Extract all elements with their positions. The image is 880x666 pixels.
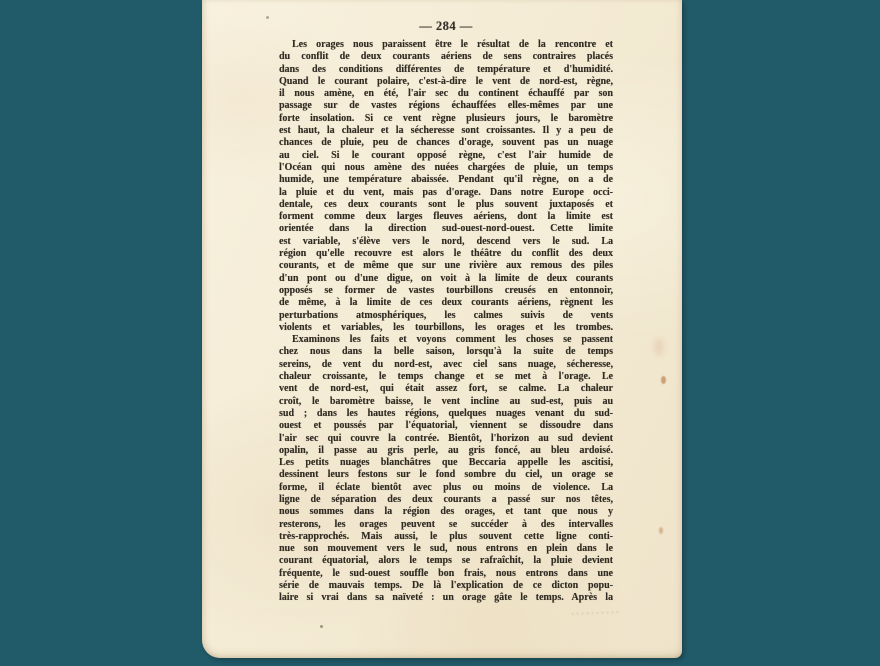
text-line: Quand le courant polaire, c'est-à-dire l… [279, 76, 613, 88]
text-line: région qu'elle recouvre est alors le thé… [279, 248, 613, 260]
body-text: Les orages nous paraissent être le résul… [279, 39, 613, 605]
text-line: Les petits nuages blanchâtres que Beccar… [279, 457, 613, 469]
text-line: opalin, il passe au gris perle, au gris … [279, 445, 613, 457]
page-number: — 284 — [275, 19, 617, 34]
text-line: dans des conditions différentes de tempé… [279, 64, 613, 76]
text-line: orientée dans la direction sud-ouest-nor… [279, 223, 613, 235]
text-line: forte insolation. Si ce vent règne plusi… [279, 113, 613, 125]
text-line: il nous amène, en été, l'air sec du cont… [279, 88, 613, 100]
text-line: forment comme deux larges fleuves aérien… [279, 211, 613, 223]
text-line: forme, il éclate bientôt avec plus ou mo… [279, 482, 613, 494]
text-line: opposés se former de vastes tourbillons … [279, 285, 613, 297]
text-line: série de mauvais temps. De là l'explicat… [279, 580, 613, 592]
text-line: très-rapprochés. Mais aussi, le plus sou… [279, 531, 613, 543]
text-line: violents et variables, les tourbillons, … [279, 322, 613, 334]
text-line: ouest et poussés par l'équatorial, vienn… [279, 420, 613, 432]
text-line: perturbations atmosphériques, les calmes… [279, 310, 613, 322]
text-line: resterons, les orages peuvent se succéde… [279, 519, 613, 531]
text-line: vent de nord-est, qui était assez fort, … [279, 383, 613, 395]
book-page: — 284 — Les orages nous paraissent être … [202, 0, 682, 658]
text-line: croît, le baromètre baisse, le vent incl… [279, 396, 613, 408]
text-line: Examinons les faits et voyons comment le… [279, 334, 613, 346]
text-line: est variable, s'élève vers le nord, desc… [279, 236, 613, 248]
text-line: d'un pont ou d'une digue, on voit à la l… [279, 273, 613, 285]
text-line: la pluie et du vent, mais pas d'orage. D… [279, 187, 613, 199]
scan-background: — 284 — Les orages nous paraissent être … [0, 0, 880, 666]
text-line: nue son mouvement vers le sud, nous entr… [279, 543, 613, 555]
text-line: au ciel. Si le courant opposé règne, c'e… [279, 150, 613, 162]
text-line: courant équatorial, alors le temps se ra… [279, 555, 613, 567]
foxing-smudge [654, 338, 664, 356]
text-line: chaleur croissante, le temps change et s… [279, 371, 613, 383]
text-line: ligne de séparation des deux courants a … [279, 494, 613, 506]
text-line: nous sommes dans la région des orages, e… [279, 506, 613, 518]
text-line: humide, une température abaissée. Pendan… [279, 174, 613, 186]
text-line: Les orages nous paraissent être le résul… [279, 39, 613, 51]
text-line: dentale, ces deux courants sont le plus … [279, 199, 613, 211]
foxing-spot [661, 376, 666, 384]
text-line: dessinent leurs festons sur le fond somb… [279, 469, 613, 481]
text-line: l'air sec qui couvre la contrée. Bientôt… [279, 433, 613, 445]
text-line: fréquente, le sud-ouest souffle bon frai… [279, 568, 613, 580]
text-line: de même, à la limite de ces deux courant… [279, 297, 613, 309]
text-line: passage sur de vastes régions échauffées… [279, 100, 613, 112]
text-line: du conflit de deux courants aériens de s… [279, 51, 613, 63]
ink-speck [266, 16, 269, 19]
text-line: laire si vrai dans sa naïveté : un orage… [279, 592, 613, 604]
foxing-spot [659, 527, 663, 534]
text-line: courants, et de même que sur une rivière… [279, 260, 613, 272]
faint-stamp: ·········· [558, 607, 634, 622]
ink-speck [320, 625, 323, 628]
text-line: l'Océan qui nous amène des nuées chargée… [279, 162, 613, 174]
text-line: chez nous dans la belle saison, lorsqu'à… [279, 346, 613, 358]
text-line: chances de pluie, peu de chances d'orage… [279, 137, 613, 149]
text-line: sereins, de vent du nord-est, avec ciel … [279, 359, 613, 371]
text-line: est haut, la chaleur et la sécheresse so… [279, 125, 613, 137]
text-line: sud ; dans les hautes régions, quelques … [279, 408, 613, 420]
